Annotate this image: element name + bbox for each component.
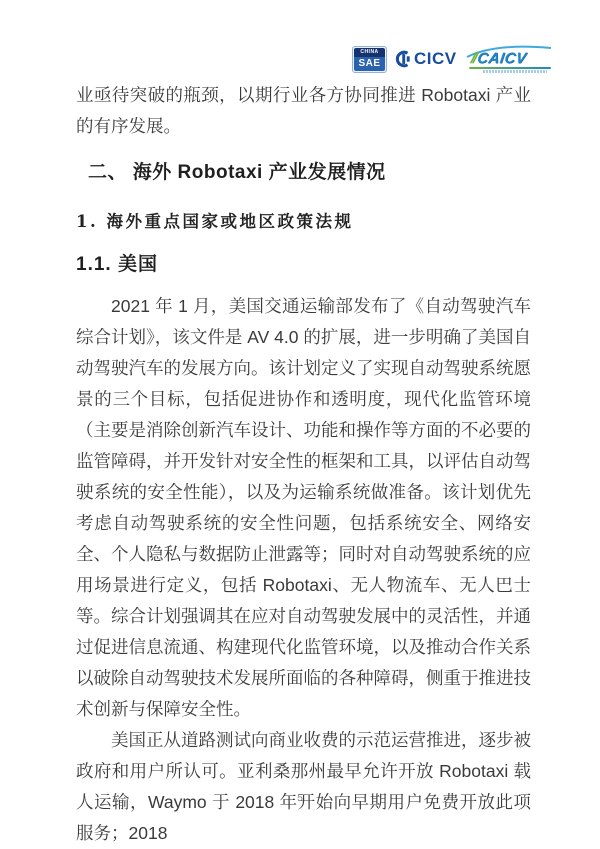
paragraph-continuation: 业亟待突破的瓶颈，以期行业各方协同推进 Robotaxi 产业的有序发展。 [76, 80, 531, 142]
page-footer: 5 [0, 788, 600, 806]
caicv-logo-label: CAICV [476, 50, 528, 67]
caicv-logo-text-row: // CAICV [469, 50, 527, 67]
page-header: CHINA SAE CICV // CAICV [352, 44, 553, 74]
china-sae-logo: CHINA SAE [352, 46, 387, 73]
subsection-heading: 1. 海外重点国家或地区政策法规 [76, 208, 531, 232]
country-heading: 1.1. 美国 [76, 249, 531, 276]
document-page: CHINA SAE CICV // CAICV [0, 0, 600, 849]
china-sae-logo-top-label: CHINA [354, 48, 385, 57]
body-paragraph-1: 2021 年 1 月，美国交通运输部发布了《自动驾驶汽车综合计划》，该文件是 A… [76, 291, 531, 725]
body-paragraph-2: 美国正从道路测试向商业收费的示范运营推进，逐步被政府和用户所认可。亚利桑那州最早… [76, 725, 531, 849]
cicv-logo-label: CICV [414, 49, 457, 69]
page-number: 5 [297, 793, 303, 804]
caicv-logo: // CAICV [465, 45, 553, 73]
cicv-logo-icon [394, 50, 412, 68]
caicv-tagline-microtext [483, 70, 547, 73]
cicv-logo: CICV [394, 49, 457, 69]
caicv-underline-bar [469, 67, 551, 69]
china-sae-logo-bottom-label: SAE [354, 57, 385, 71]
document-body: 业亟待突破的瓶颈，以期行业各方协同推进 Robotaxi 产业的有序发展。 二、… [76, 80, 531, 849]
section-heading: 二、 海外 Robotaxi 产业发展情况 [88, 157, 531, 184]
